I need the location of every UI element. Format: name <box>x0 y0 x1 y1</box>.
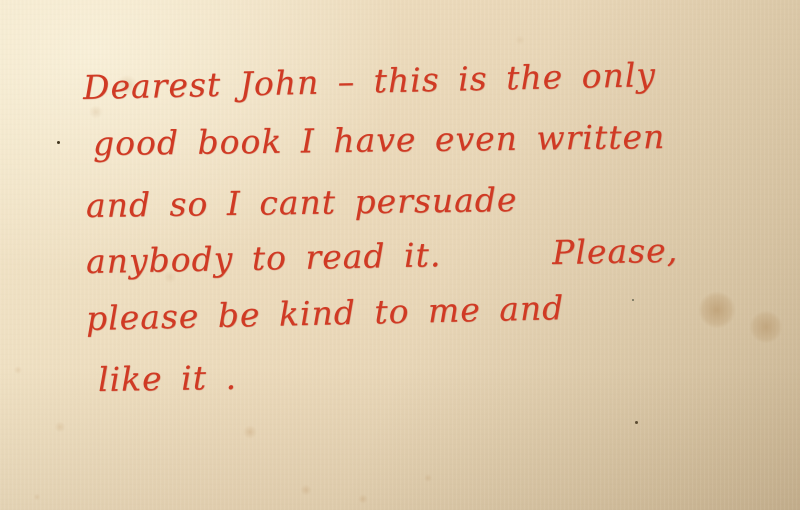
paper-speck <box>632 299 634 301</box>
handwriting-line-5: please be kind to me and <box>86 286 565 341</box>
handwriting-line-1: Dearest John – this is the only <box>83 53 657 110</box>
paper-speck <box>57 141 60 144</box>
handwriting-line-4: anybody to read it. Please, <box>86 229 679 284</box>
handwriting-line-2: good book I have even written <box>93 115 666 166</box>
paper-speck <box>635 421 638 424</box>
book-page-photo: Dearest John – this is the only good boo… <box>0 0 800 510</box>
handwriting-line-3: and so I cant persuade <box>86 178 518 228</box>
handwriting-line-6: like it . <box>98 356 238 402</box>
